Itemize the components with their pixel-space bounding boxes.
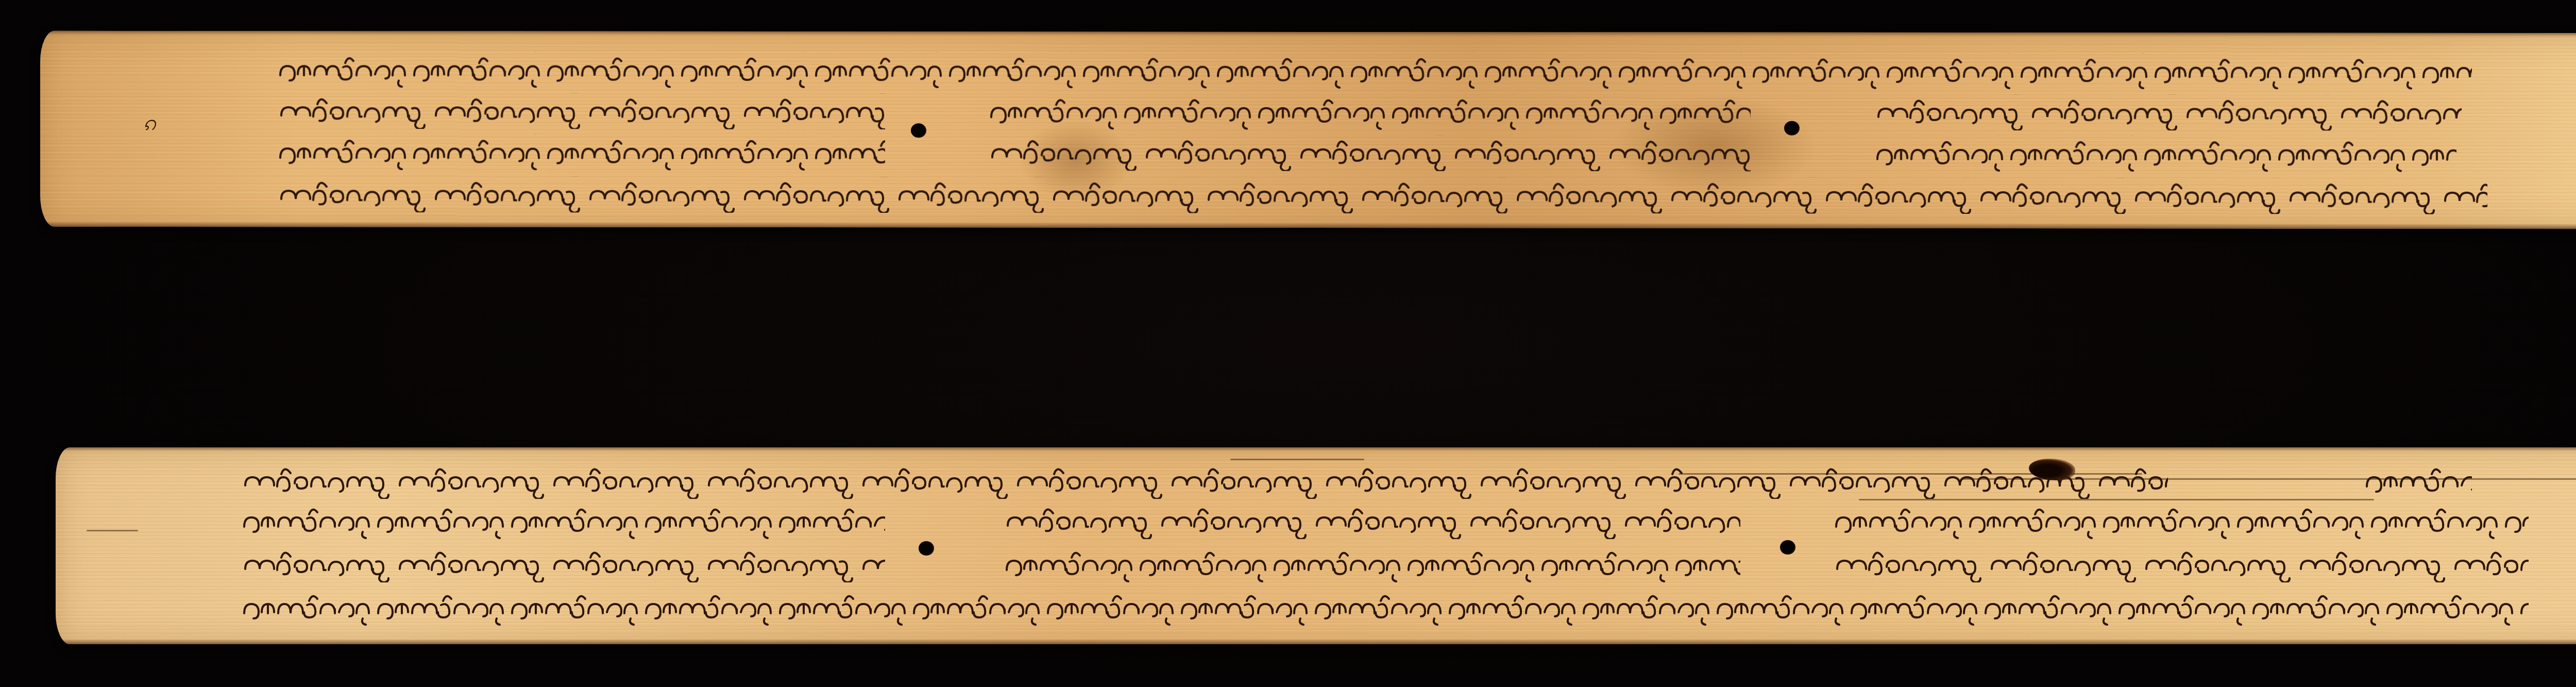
manuscript-line-3-middle [988, 135, 1751, 171]
script-text [2364, 463, 2472, 499]
manuscript-line-2-left [277, 93, 885, 129]
scratch [1859, 499, 2374, 500]
manuscript-line-2-right [1874, 94, 2462, 131]
scratch [1230, 459, 1364, 460]
manuscript-line-1 [277, 52, 2472, 90]
script-text [1004, 503, 1740, 539]
scratch [87, 530, 138, 531]
binding-hole [1784, 121, 1800, 136]
script-text [241, 463, 2168, 499]
script-text [1874, 136, 2456, 172]
binding-hole [911, 123, 926, 138]
manuscript-line-1 [241, 463, 2168, 499]
leaf-edge [56, 447, 2576, 451]
script-text [1833, 503, 2529, 539]
script-text [241, 590, 2529, 626]
palm-leaf-top: ၵ ၁ ၁ [40, 31, 2576, 229]
script-text [1874, 94, 2462, 131]
script-text [277, 134, 885, 171]
script-text [988, 93, 1751, 130]
script-text [1833, 546, 2529, 582]
manuscript-line-2-middle [1004, 503, 1740, 539]
script-text [277, 93, 885, 129]
binding-hole [1780, 540, 1795, 555]
manuscript-line-4 [241, 590, 2529, 626]
manuscript-line-4 [277, 176, 2487, 214]
manuscript-line-3-right [1833, 546, 2529, 582]
manuscript-line-2-right [1833, 503, 2529, 539]
palm-leaf-bottom [56, 447, 2576, 644]
manuscript-line-2-middle [988, 93, 1751, 130]
script-text [241, 503, 885, 539]
manuscript-line-3-right [1874, 136, 2456, 172]
script-text [1004, 546, 1740, 582]
script-text [277, 176, 2487, 214]
script-text [241, 546, 885, 582]
manuscript-line-2-left [241, 503, 885, 539]
manuscript-line-3-left [277, 134, 885, 171]
leaf-number-marker: ၵ [143, 108, 156, 141]
manuscript-line-3-left [241, 546, 885, 582]
script-text [988, 135, 1751, 171]
binding-hole [919, 541, 934, 556]
leaf-edge [56, 639, 2576, 644]
manuscript-line-3-middle [1004, 546, 1740, 582]
script-text [277, 52, 2472, 90]
manuscript-line-1-right [2364, 463, 2472, 499]
